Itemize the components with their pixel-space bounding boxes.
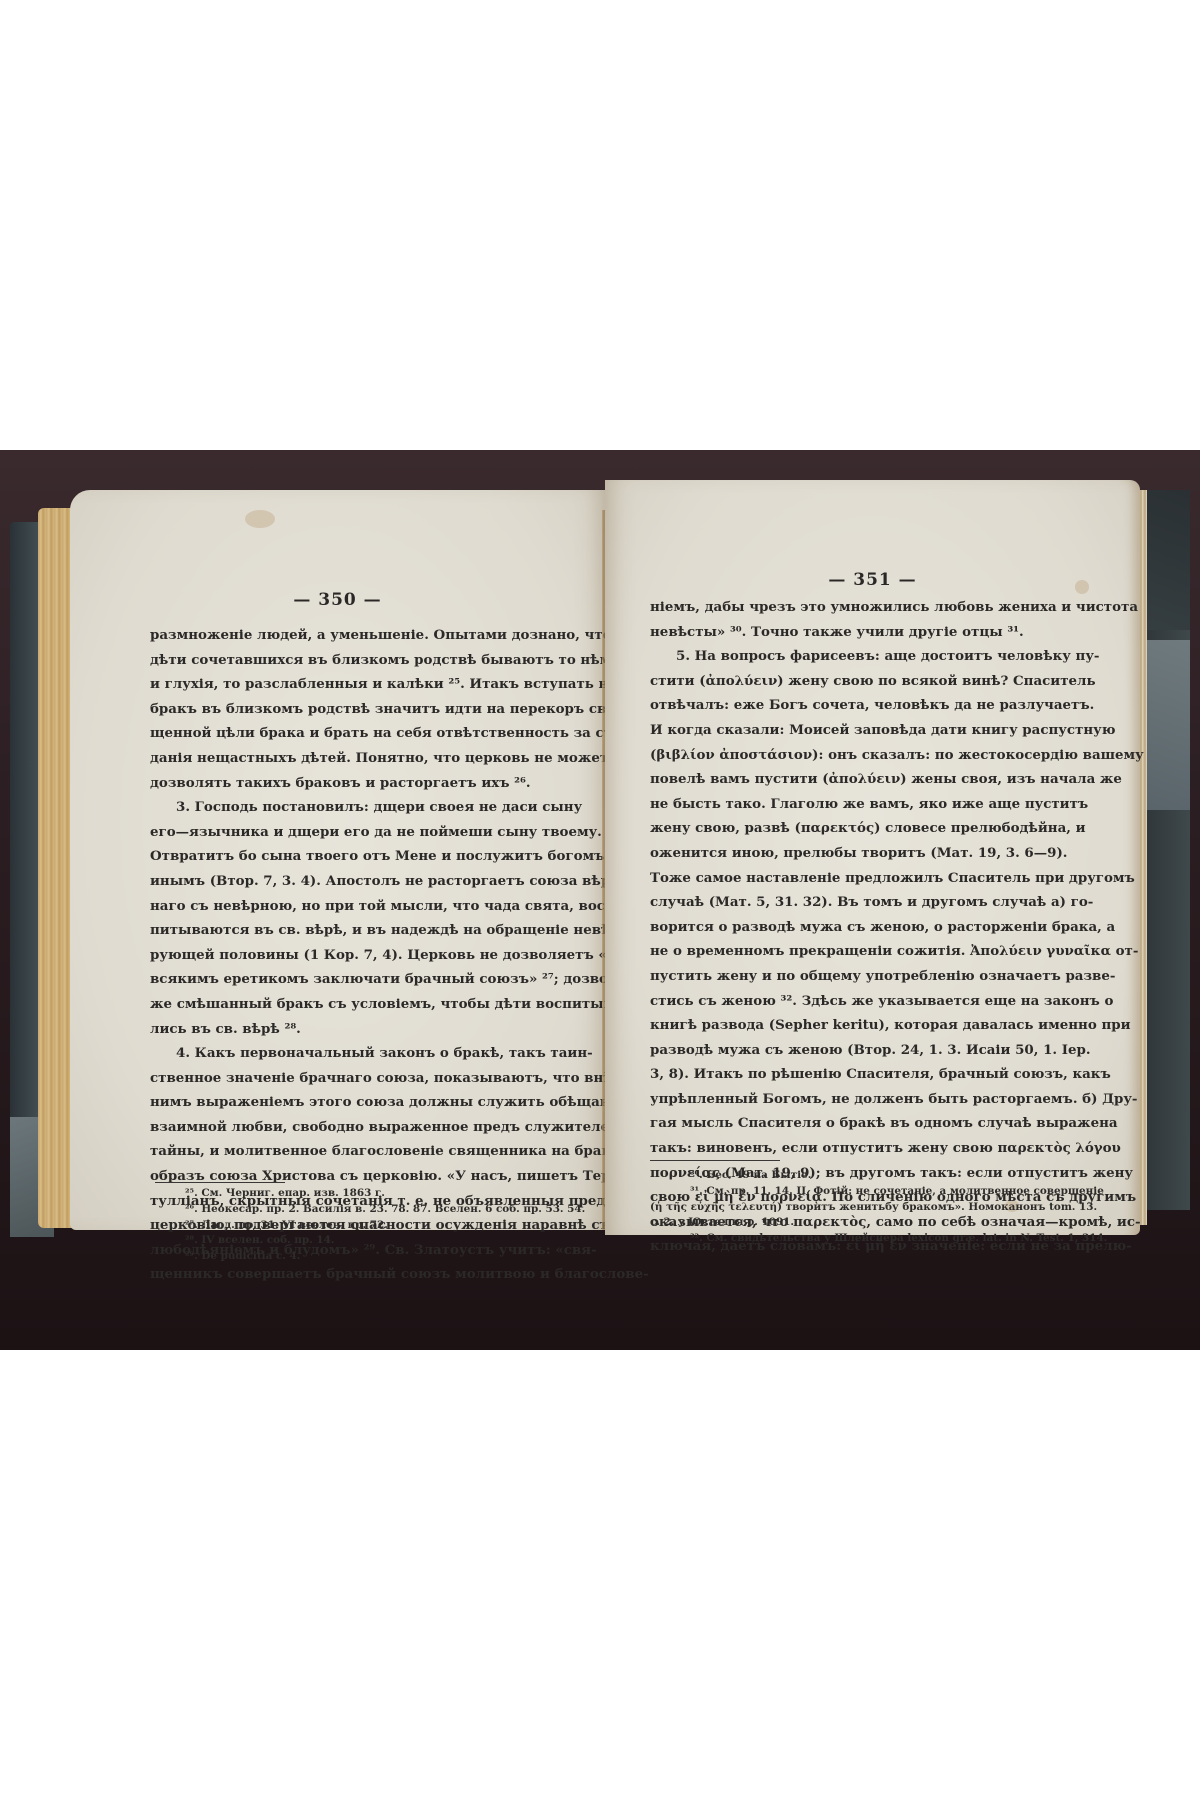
text-line: взаимной любви, свободно выраженное пред… <box>150 1115 555 1140</box>
text-line: щенной цѣли брака и брать на себя отвѣтс… <box>150 721 555 746</box>
text-line: Отвратитъ бо сына твоего отъ Мене и посл… <box>150 844 555 869</box>
text-line: наго съ невѣрною, но при той мысли, что … <box>150 894 555 919</box>
text-line: рующей половины (1 Кор. 7, 4). Церковь н… <box>150 943 555 968</box>
text-line: упрѣпленный Богомъ, не долженъ быть раст… <box>650 1087 1060 1112</box>
text-line: жену свою, развѣ (παρεκτός) словесе прел… <box>650 816 1060 841</box>
text-line: стись съ женою ³². Здѣсь же указывается … <box>650 989 1060 1014</box>
text-line: всякимъ еретикомъ заключати брачный союз… <box>150 967 555 992</box>
text-line: нимъ выраженіемъ этого союза должны служ… <box>150 1090 555 1115</box>
footnote: с. 2. у Юстелля р. 1091. <box>650 1215 1060 1231</box>
text-line: Тоже самое наставленіе предложилъ Спасит… <box>650 866 1060 891</box>
text-line: и глухія, то разслабленныя и калѣки ²⁵. … <box>150 672 555 697</box>
text-line: повелѣ вамъ пустити (ἀπολύειν) жены своя… <box>650 767 1060 792</box>
footnote-rule <box>650 1160 780 1161</box>
paper-stain <box>245 510 275 528</box>
text-line: не бысть тако. Глаголю же вамъ, яко иже … <box>650 792 1060 817</box>
page-number: — 351 — <box>605 570 1140 590</box>
right-page: — 351 — ніемъ, дабы чрезъ это умножились… <box>605 480 1140 1235</box>
footnote: ²⁹. De pudicitia c. 4. <box>185 1249 585 1265</box>
text-line: щенникъ совершаетъ брачный союзъ молитво… <box>150 1262 555 1287</box>
text-line: ворится о разводѣ мужа съ женою, о расто… <box>650 915 1060 940</box>
footnote: ²⁶. Неокесар. пр. 2. Василія в. 23. 78. … <box>185 1202 585 1218</box>
footnotes: ²⁵. См. Черниг. епар. изв. 1863 г.²⁶. Не… <box>185 1186 585 1265</box>
text-line: отвѣчалъ: еже Богъ сочета, человѣкъ да н… <box>650 693 1060 718</box>
footnote-rule <box>155 1182 285 1183</box>
text-line: образъ союза Христова съ церковію. «У на… <box>150 1164 555 1189</box>
text-line: ніемъ, дабы чрезъ это умножились любовь … <box>650 595 1060 620</box>
text-line: (βιβλίον ἀποστάσιον): онъ сказалъ: по же… <box>650 743 1060 768</box>
text-line: не о временномъ прекращеніи сожитія. Ἀπο… <box>650 939 1060 964</box>
text-line: данія нещастныхъ дѣтей. Понятно, что цер… <box>150 746 555 771</box>
right-cover-corner-top <box>1140 490 1190 630</box>
book-photo: — 350 — размноженіе людей, а уменьшеніе.… <box>0 450 1200 1350</box>
text-line: И когда сказали: Моисей заповѣда дати кн… <box>650 718 1060 743</box>
text-line: лись въ св. вѣрѣ ²⁸. <box>150 1017 555 1042</box>
text-line: невѣсты» ³⁰. Точно также учили другіе от… <box>650 620 1060 645</box>
text-line: дозволять такихъ браковъ и расторгаетъ и… <box>150 771 555 796</box>
footnote: ³⁰. Бес. 49 на Бытіе. <box>650 1168 1060 1184</box>
text-line: бракъ въ близкомъ родствѣ значитъ идти н… <box>150 697 555 722</box>
text-line: разводѣ мужа съ женою (Втор. 24, 1. 3. И… <box>650 1038 1060 1063</box>
footnote: ²⁸. IV вселен. соб. пр. 14. <box>185 1233 585 1249</box>
footnotes: ³⁰. Бес. 49 на Бытіе.³¹. См. пр. 11. 14.… <box>650 1168 1060 1247</box>
page-number: — 350 — <box>70 590 605 610</box>
text-line: пустить жену и по общему употребленію оз… <box>650 964 1060 989</box>
text-line: питываются въ св. вѣрѣ, и въ надеждѣ на … <box>150 918 555 943</box>
text-line: ственное значеніе брачнаго союза, показы… <box>150 1066 555 1091</box>
right-cover <box>1140 490 1190 1210</box>
footnote: ³¹. См. пр. 11. 14. II. Фотій: не сочета… <box>650 1184 1060 1200</box>
footnote: ²⁵. См. Черниг. епар. изв. 1863 г. <box>185 1186 585 1202</box>
text-line: размноженіе людей, а уменьшеніе. Опытами… <box>150 623 555 648</box>
text-line: гая мысль Спасителя о бракѣ въ одномъ сл… <box>650 1111 1060 1136</box>
text-line: оженится иною, прелюбы творитъ (Мат. 19,… <box>650 841 1060 866</box>
text-line: 5. На вопросъ фарисеевъ: аще достоитъ че… <box>650 644 1060 669</box>
footnote: ³². См. свидѣтельства у Шлейснера lexico… <box>650 1231 1060 1247</box>
left-page: — 350 — размноженіе людей, а уменьшеніе.… <box>70 490 605 1230</box>
text-line: инымъ (Втор. 7, 3. 4). Апостолъ не расто… <box>150 869 555 894</box>
text-line: стити (ἀπολύειν) жену свою по всякой вин… <box>650 669 1060 694</box>
text-line: 3, 8). Итакъ по рѣшенію Спасителя, брачн… <box>650 1062 1060 1087</box>
text-line: же смѣшанный бракъ съ условіемъ, чтобы д… <box>150 992 555 1017</box>
text-line: его—язычника и дщери его да не поймеши с… <box>150 820 555 845</box>
text-line: дѣти сочетавшихся въ близкомъ родствѣ бы… <box>150 648 555 673</box>
text-line: 4. Какъ первоначальный законъ о бракѣ, т… <box>150 1041 555 1066</box>
text-line: книгѣ развода (Sepher keritu), которая д… <box>650 1013 1060 1038</box>
footnote: (ἡ τῆς εὐχῆς τελευτή) творитъ женитьбу б… <box>650 1200 1060 1216</box>
footnote: ²⁷. Лаод. пр. 31. VI вселен. пр. 72. <box>185 1218 585 1234</box>
text-line: тайны, и молитвенное благословеніе свяще… <box>150 1139 555 1164</box>
text-line: случаѣ (Мат. 5, 31. 32). Въ томъ и друго… <box>650 890 1060 915</box>
right-cover-corner <box>1140 640 1190 810</box>
text-line: 3. Господь постановилъ: дщери своея не д… <box>150 795 555 820</box>
text-line: такъ: виновенъ, если отпуститъ жену свою… <box>650 1136 1060 1161</box>
